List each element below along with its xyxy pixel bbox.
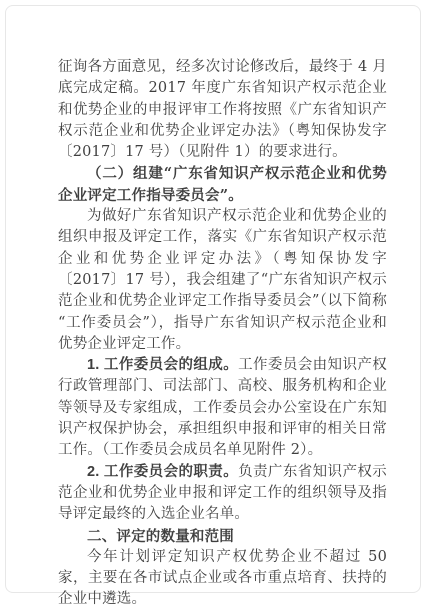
paragraph-item-1: 1. 工作委员会的组成。工作委员会由知识产权行政管理部门、司法部门、高校、服务机… xyxy=(58,355,387,461)
item-2-lead: 2. 工作委员会的职责。 xyxy=(87,464,238,480)
document-body: 征询各方面意见，经多次讨论修改后，最终于 4 月底完成定稿。2017 年度广东省… xyxy=(6,6,420,600)
paragraph-continuation: 征询各方面意见，经多次讨论修改后，最终于 4 月底完成定稿。2017 年度广东省… xyxy=(58,57,387,163)
paragraph-quantity-scope: 今年计划评定知识产权优势企业不超过 50 家，主要在各市试点企业或各市重点培育、… xyxy=(58,547,387,600)
section-heading-quantity-scope: 二、评定的数量和范围 xyxy=(58,526,387,547)
paragraph-committee-setup: 为做好广东省知识产权示范企业和优势企业的组织申报及评定工作，落实《广东省知识产权… xyxy=(58,206,387,355)
item-1-lead: 1. 工作委员会的组成。 xyxy=(87,357,238,373)
subsection-heading-2: （二）组建“广东省知识产权示范企业和优势企业评定工作指导委员会”。 xyxy=(58,163,387,206)
paragraph-item-2: 2. 工作委员会的职责。负责广东省知识产权示范企业和优势企业申报和评定工作的组织… xyxy=(58,462,387,526)
document-page: 征询各方面意见，经多次讨论修改后，最终于 4 月底完成定稿。2017 年度广东省… xyxy=(5,5,421,593)
